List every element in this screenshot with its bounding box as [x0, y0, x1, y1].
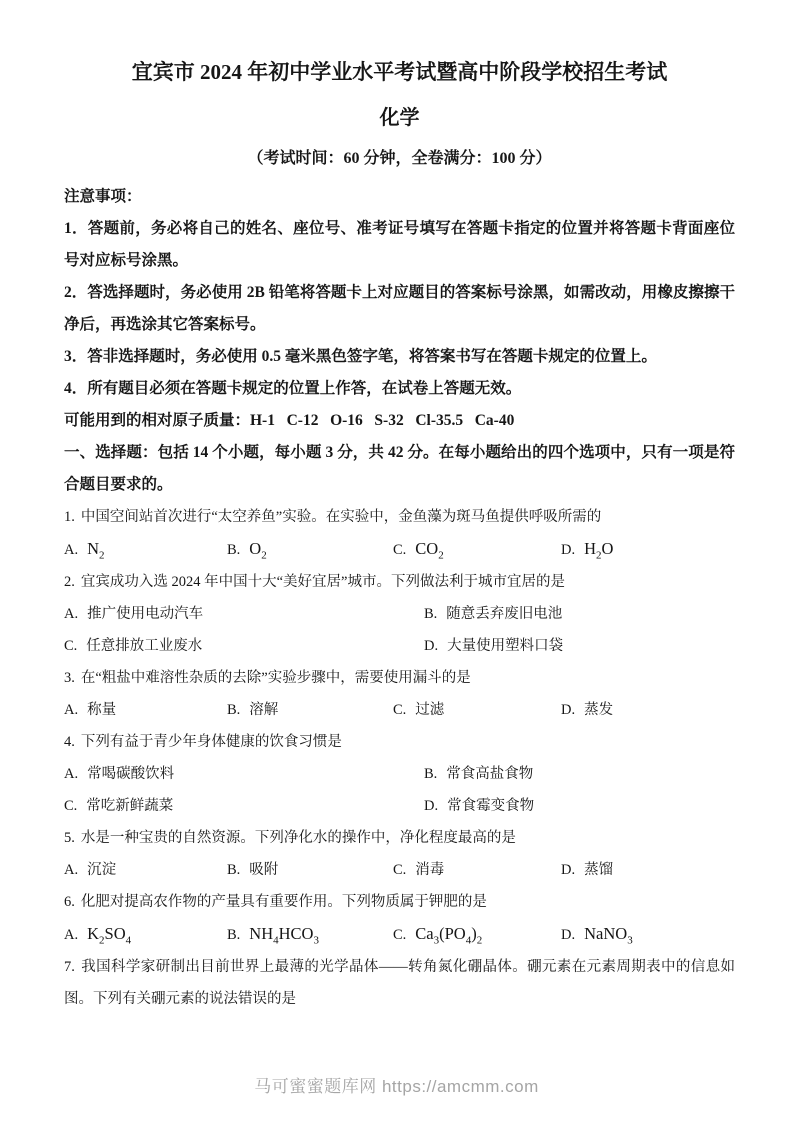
option-label: C. [393, 702, 406, 718]
options-row: A.K2SO4 B.NH4HCO3 C.Ca3(PO4)2 D.NaNO3 [64, 918, 735, 951]
option-label: B. [227, 542, 240, 558]
option-text: 常食高盐食物 [446, 766, 533, 782]
option-a: A.沉淀 [64, 854, 227, 886]
question-text: 下列有益于青少年身体健康的饮食习惯是 [81, 734, 342, 750]
option-label: C. [393, 862, 406, 878]
option-c: C.CO2 [393, 533, 561, 566]
option-c: C.消毒 [393, 854, 561, 886]
option-text: 随意丢弃废旧电池 [446, 606, 562, 622]
question-stem: 4.下列有益于青少年身体健康的饮食习惯是 [64, 726, 735, 758]
footer-watermark: 马可蜜蜜题库网 https://amcmm.com [0, 1072, 793, 1097]
option-formula: NH4HCO3 [249, 924, 319, 943]
question-5: 5.水是一种宝贵的自然资源。下列净化水的操作中，净化程度最高的是 A.沉淀 B.… [64, 822, 735, 886]
option-c: C.任意排放工业废水 [64, 630, 424, 662]
subject-title: 化学 [64, 101, 735, 130]
section-heading: 一、选择题：包括 14 个小题，每小题 3 分，共 42 分。在每小题给出的四个… [64, 437, 735, 501]
option-text: 大量使用塑料口袋 [447, 638, 563, 654]
option-label: A. [64, 542, 78, 558]
option-text: 溶解 [249, 702, 278, 718]
option-label: D. [424, 798, 438, 814]
question-text: 中国空间站首次进行“太空养鱼”实验。在实验中，金鱼藻为斑马鱼提供呼吸所需的 [81, 509, 601, 525]
question-text: 宜宾成功入选 2024 年中国十大“美好宜居”城市。下列做法利于城市宜居的是 [81, 574, 565, 590]
option-label: D. [561, 702, 575, 718]
notice-item-2: 2．答选择题时，务必使用 2B 铅笔将答题卡上对应题目的答案标号涂黑，如需改动，… [64, 277, 735, 341]
option-text: 常吃新鲜蔬菜 [86, 798, 173, 814]
options-row: C.任意排放工业废水 D.大量使用塑料口袋 [64, 630, 735, 662]
options-row: A.沉淀 B.吸附 C.消毒 D.蒸馏 [64, 854, 735, 886]
options-row: A.N2 B.O2 C.CO2 D.H2O [64, 533, 735, 566]
question-3: 3.在“粗盐中难溶性杂质的去除”实验步骤中，需要使用漏斗的是 A.称量 B.溶解… [64, 662, 735, 726]
option-a: A.N2 [64, 533, 227, 566]
question-stem: 1.中国空间站首次进行“太空养鱼”实验。在实验中，金鱼藻为斑马鱼提供呼吸所需的 [64, 501, 735, 533]
question-text: 我国科学家研制出目前世界上最薄的光学晶体——转角氮化硼晶体。硼元素在元素周期表中… [64, 959, 735, 1007]
question-text: 在“粗盐中难溶性杂质的去除”实验步骤中，需要使用漏斗的是 [81, 670, 471, 686]
option-c: C.常吃新鲜蔬菜 [64, 790, 424, 822]
option-formula: K2SO4 [87, 924, 131, 943]
option-d: D.大量使用塑料口袋 [424, 630, 735, 662]
atomic-masses: 可能用到的相对原子质量：H-1 C-12 O-16 S-32 Cl-35.5 C… [64, 405, 735, 437]
option-label: A. [64, 927, 78, 943]
question-2: 2.宜宾成功入选 2024 年中国十大“美好宜居”城市。下列做法利于城市宜居的是… [64, 566, 735, 662]
page-title: 宜宾市 2024 年初中学业水平考试暨高中阶段学校招生考试 [64, 58, 735, 87]
option-text: 推广使用电动汽车 [87, 606, 203, 622]
options-row: A.推广使用电动汽车 B.随意丢弃废旧电池 [64, 598, 735, 630]
option-label: B. [227, 927, 240, 943]
option-a: A.常喝碳酸饮料 [64, 758, 424, 790]
question-number: 7. [64, 959, 75, 975]
option-label: B. [227, 862, 240, 878]
question-number: 4. [64, 734, 75, 750]
question-text: 水是一种宝贵的自然资源。下列净化水的操作中，净化程度最高的是 [81, 830, 516, 846]
option-d: D.H2O [561, 533, 735, 566]
option-label: A. [64, 766, 78, 782]
option-label: D. [424, 638, 438, 654]
notices: 注意事项： 1．答题前，务必将自己的姓名、座位号、准考证号填写在答题卡指定的位置… [64, 181, 735, 405]
option-formula: N2 [87, 539, 104, 558]
option-b: B.吸附 [227, 854, 393, 886]
option-c: C.过滤 [393, 694, 561, 726]
option-a: A.K2SO4 [64, 918, 227, 951]
exam-page: 宜宾市 2024 年初中学业水平考试暨高中阶段学校招生考试 化学 （考试时间：6… [0, 0, 793, 1015]
option-label: B. [424, 606, 437, 622]
option-formula: O2 [249, 539, 266, 558]
exam-info: （考试时间：60 分钟，全卷满分：100 分） [64, 145, 735, 168]
options-row: A.常喝碳酸饮料 B.常食高盐食物 [64, 758, 735, 790]
question-stem: 3.在“粗盐中难溶性杂质的去除”实验步骤中，需要使用漏斗的是 [64, 662, 735, 694]
option-formula: H2O [584, 539, 613, 558]
question-number: 1. [64, 509, 75, 525]
option-text: 消毒 [415, 862, 444, 878]
option-b: B.O2 [227, 533, 393, 566]
option-text: 常喝碳酸饮料 [87, 766, 174, 782]
option-label: D. [561, 862, 575, 878]
option-label: D. [561, 927, 575, 943]
option-formula: NaNO3 [584, 924, 633, 943]
option-d: D.常食霉变食物 [424, 790, 735, 822]
option-b: B.溶解 [227, 694, 393, 726]
question-4: 4.下列有益于青少年身体健康的饮食习惯是 A.常喝碳酸饮料 B.常食高盐食物 C… [64, 726, 735, 822]
option-label: B. [424, 766, 437, 782]
option-text: 吸附 [249, 862, 278, 878]
question-7: 7.我国科学家研制出目前世界上最薄的光学晶体——转角氮化硼晶体。硼元素在元素周期… [64, 951, 735, 1015]
question-stem: 5.水是一种宝贵的自然资源。下列净化水的操作中，净化程度最高的是 [64, 822, 735, 854]
option-d: D.蒸发 [561, 694, 735, 726]
notice-item-3: 3．答非选择题时，务必使用 0.5 毫米黑色签字笔，将答案书写在答题卡规定的位置… [64, 341, 735, 373]
option-text: 任意排放工业废水 [86, 638, 202, 654]
option-formula: Ca3(PO4)2 [415, 924, 482, 943]
option-c: C.Ca3(PO4)2 [393, 918, 561, 951]
question-6: 6.化肥对提高农作物的产量具有重要作用。下列物质属于钾肥的是 A.K2SO4 B… [64, 886, 735, 951]
option-d: D.蒸馏 [561, 854, 735, 886]
option-b: B.NH4HCO3 [227, 918, 393, 951]
question-number: 6. [64, 894, 75, 910]
option-label: B. [227, 702, 240, 718]
option-a: A.称量 [64, 694, 227, 726]
option-b: B.随意丢弃废旧电池 [424, 598, 735, 630]
option-text: 常食霉变食物 [447, 798, 534, 814]
option-label: A. [64, 702, 78, 718]
option-b: B.常食高盐食物 [424, 758, 735, 790]
option-label: A. [64, 862, 78, 878]
question-list: 1.中国空间站首次进行“太空养鱼”实验。在实验中，金鱼藻为斑马鱼提供呼吸所需的 … [64, 501, 735, 1015]
option-label: C. [393, 927, 406, 943]
option-label: A. [64, 606, 78, 622]
question-stem: 2.宜宾成功入选 2024 年中国十大“美好宜居”城市。下列做法利于城市宜居的是 [64, 566, 735, 598]
option-label: C. [64, 798, 77, 814]
option-a: A.推广使用电动汽车 [64, 598, 424, 630]
question-text: 化肥对提高农作物的产量具有重要作用。下列物质属于钾肥的是 [81, 894, 487, 910]
notice-item-4: 4．所有题目必须在答题卡规定的位置上作答，在试卷上答题无效。 [64, 373, 735, 405]
option-d: D.NaNO3 [561, 918, 735, 951]
question-stem: 6.化肥对提高农作物的产量具有重要作用。下列物质属于钾肥的是 [64, 886, 735, 918]
question-number: 2. [64, 574, 75, 590]
question-number: 3. [64, 670, 75, 686]
question-stem: 7.我国科学家研制出目前世界上最薄的光学晶体——转角氮化硼晶体。硼元素在元素周期… [64, 951, 735, 1015]
option-text: 蒸发 [584, 702, 613, 718]
options-row: A.称量 B.溶解 C.过滤 D.蒸发 [64, 694, 735, 726]
option-text: 称量 [87, 702, 116, 718]
option-label: C. [64, 638, 77, 654]
notice-item-1: 1．答题前，务必将自己的姓名、座位号、准考证号填写在答题卡指定的位置并将答题卡背… [64, 213, 735, 277]
option-text: 沉淀 [87, 862, 116, 878]
question-number: 5. [64, 830, 75, 846]
notices-heading: 注意事项： [64, 181, 735, 213]
option-formula: CO2 [415, 539, 443, 558]
options-row: C.常吃新鲜蔬菜 D.常食霉变食物 [64, 790, 735, 822]
option-text: 过滤 [415, 702, 444, 718]
question-1: 1.中国空间站首次进行“太空养鱼”实验。在实验中，金鱼藻为斑马鱼提供呼吸所需的 … [64, 501, 735, 566]
option-text: 蒸馏 [584, 862, 613, 878]
option-label: D. [561, 542, 575, 558]
option-label: C. [393, 542, 406, 558]
